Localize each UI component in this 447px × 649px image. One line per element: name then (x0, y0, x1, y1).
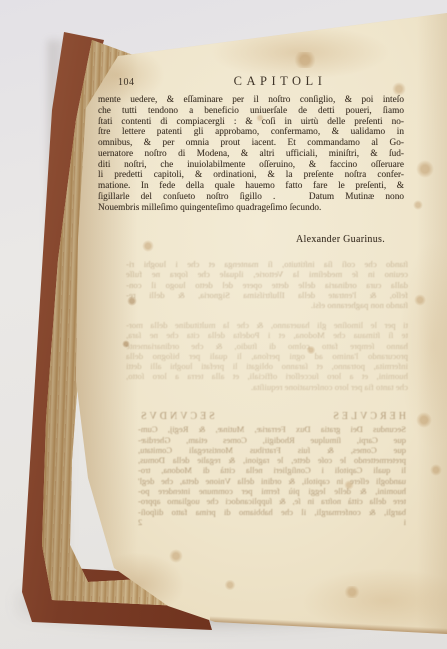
ghost-line: que Comes, & ſuis Fratribus Montisregali… (138, 445, 406, 455)
body-line: ſigillarle del conſueto noſtro ſigillo .… (98, 192, 404, 203)
signature-line: Alexander Guarinus. (296, 234, 385, 245)
show-through-block-c: HERCVLES SECVNDVS Secundus Dei gratia Du… (138, 412, 406, 527)
book-photo: 104 CAPITOLI mente uedere, & eſſaminare … (0, 0, 447, 649)
body-line: uernatore noſtro di Modena, & altri uffi… (98, 149, 404, 160)
body-line: mente uedere, & eſſaminare per il noſtro… (98, 95, 404, 106)
ghost-line: ti per le limoſine gli haueranno, & che … (126, 320, 408, 330)
ghost-line: que Carpi, ſimulque Rhodigii, Comes etia… (138, 435, 406, 445)
body-line: omnibus, & per omnia prout iacent. Et co… (98, 138, 404, 149)
ghost-signature-mark: i 2 (138, 517, 406, 527)
ghost-line: tere della città noſtra in ſe, & ſupplic… (138, 496, 406, 506)
ghost-line: infermita, potranno, et ſaranno obligati… (126, 361, 408, 371)
ghost-line: ceuino in ſe medeſimi la Vettorie, ilqua… (126, 269, 408, 279)
ghost-line: ſtando che coſi ſia inſtituito, ſi mante… (126, 259, 408, 269)
show-through-block-b: ti per le limoſine gli haueranno, & che … (126, 320, 408, 392)
ghost-line: dalla cura ordinaria delle dette opere d… (126, 280, 408, 290)
ghost-line: uandogli eſſere in capitoli, & ordini de… (138, 476, 406, 486)
ghost-line: hanno ſempre fatto colmo di ſtudio, & ch… (126, 341, 408, 351)
ghost-line: procurando l'animo ad ogni perſona, li q… (126, 351, 408, 361)
ghost-line: che tanto fia per loro conſeruatione req… (126, 382, 408, 392)
ghost-line: bargli, & confermargli, il che habbiamo … (138, 507, 406, 517)
ghost-running-header: HERCVLES SECVNDVS (138, 412, 406, 422)
ghost-line: huomini, et a loro ſucceſſori officiali,… (126, 371, 408, 381)
body-line: li predetti capitoli, & ordinationi, & l… (98, 170, 404, 181)
printed-content: 104 CAPITOLI mente uedere, & eſſaminare … (0, 0, 447, 649)
ghost-line: huomini, & delle leggi più fermi per com… (138, 486, 406, 496)
running-header: CAPITOLI (220, 74, 340, 89)
ghost-line: te ſi ſtimaua che Modona, et i Podeſta d… (126, 330, 408, 340)
body-text: mente uedere, & eſſaminare per il noſtro… (98, 95, 404, 213)
ghost-line: pretermettendo le coſe dette, le ragioni… (138, 455, 406, 465)
folio-number: 104 (118, 77, 135, 88)
ghost-line: li quali Capitoli i Conſiglieri nella ci… (138, 465, 406, 475)
body-line: che tutti tendono a beneficio uniuerſale… (98, 106, 404, 117)
ghost-line: feſſo, & l'entrate della Illuſtriſsima S… (126, 290, 408, 300)
ghost-line: ſtando non pagheranno eſsi. (126, 300, 408, 310)
body-line: diti noſtri, che inuiolabilmente oſſerui… (98, 160, 404, 171)
body-line: matione. In fede della quale hauemo fatt… (98, 181, 404, 192)
show-through-block-a: ſtando che coſi ſia inſtituito, ſi mante… (126, 259, 408, 310)
ghost-line: Secundus Dei gratia Dux Ferrariæ, Mutinæ… (138, 424, 406, 434)
body-line: Nouembris milleſimo quingenteſimo quadra… (98, 203, 404, 214)
body-line: ſtati contenti di compiacergli : & coſi … (98, 117, 404, 128)
body-line: ſtre lettere patenti gli approbamo, conf… (98, 127, 404, 138)
